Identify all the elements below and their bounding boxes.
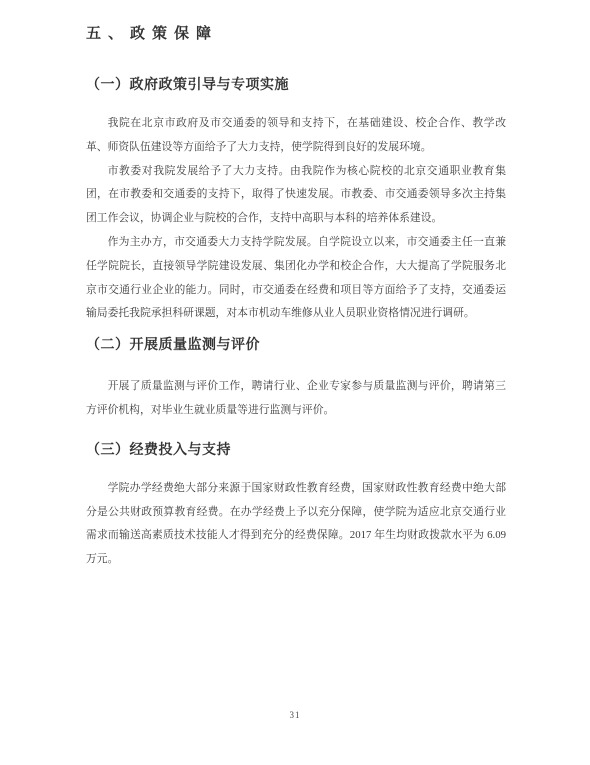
- paragraph: 市教委对我院发展给予了大力支持。由我院作为核心院校的北京交通职业教育集团，在市教…: [86, 160, 506, 231]
- section-quality-monitoring: （二）开展质量监测与评价 开展了质量监测与评价工作，聘请行业、企业专家参与质量监…: [86, 336, 506, 423]
- page-number: 31: [0, 710, 590, 720]
- section-heading-2: （二）开展质量监测与评价: [86, 336, 506, 356]
- section-funding-support: （三）经费投入与支持 学院办学经费绝大部分来源于国家财政性教育经费，国家财政性教…: [86, 441, 506, 572]
- section-government-policy: （一）政府政策引导与专项实施 我院在北京市政府及市交通委的领导和支持下，在基础建…: [86, 76, 506, 326]
- section-heading-1: （一）政府政策引导与专项实施: [86, 76, 506, 96]
- paragraph: 作为主办方，市交通委大力支持学院发展。自学院设立以来，市交通委主任一直兼任学院院…: [86, 231, 506, 326]
- section-heading-3: （三）经费投入与支持: [86, 441, 506, 461]
- document-page: 五、政策保障 （一）政府政策引导与专项实施 我院在北京市政府及市交通委的领导和支…: [0, 0, 590, 765]
- page-title: 五、政策保障: [86, 24, 506, 44]
- paragraph: 学院办学经费绝大部分来源于国家财政性教育经费，国家财政性教育经费中绝大部分是公共…: [86, 477, 506, 572]
- paragraph: 我院在北京市政府及市交通委的领导和支持下，在基础建设、校企合作、教学改革、师资队…: [86, 112, 506, 160]
- paragraph: 开展了质量监测与评价工作，聘请行业、企业专家参与质量监测与评价，聘请第三方评价机…: [86, 375, 506, 423]
